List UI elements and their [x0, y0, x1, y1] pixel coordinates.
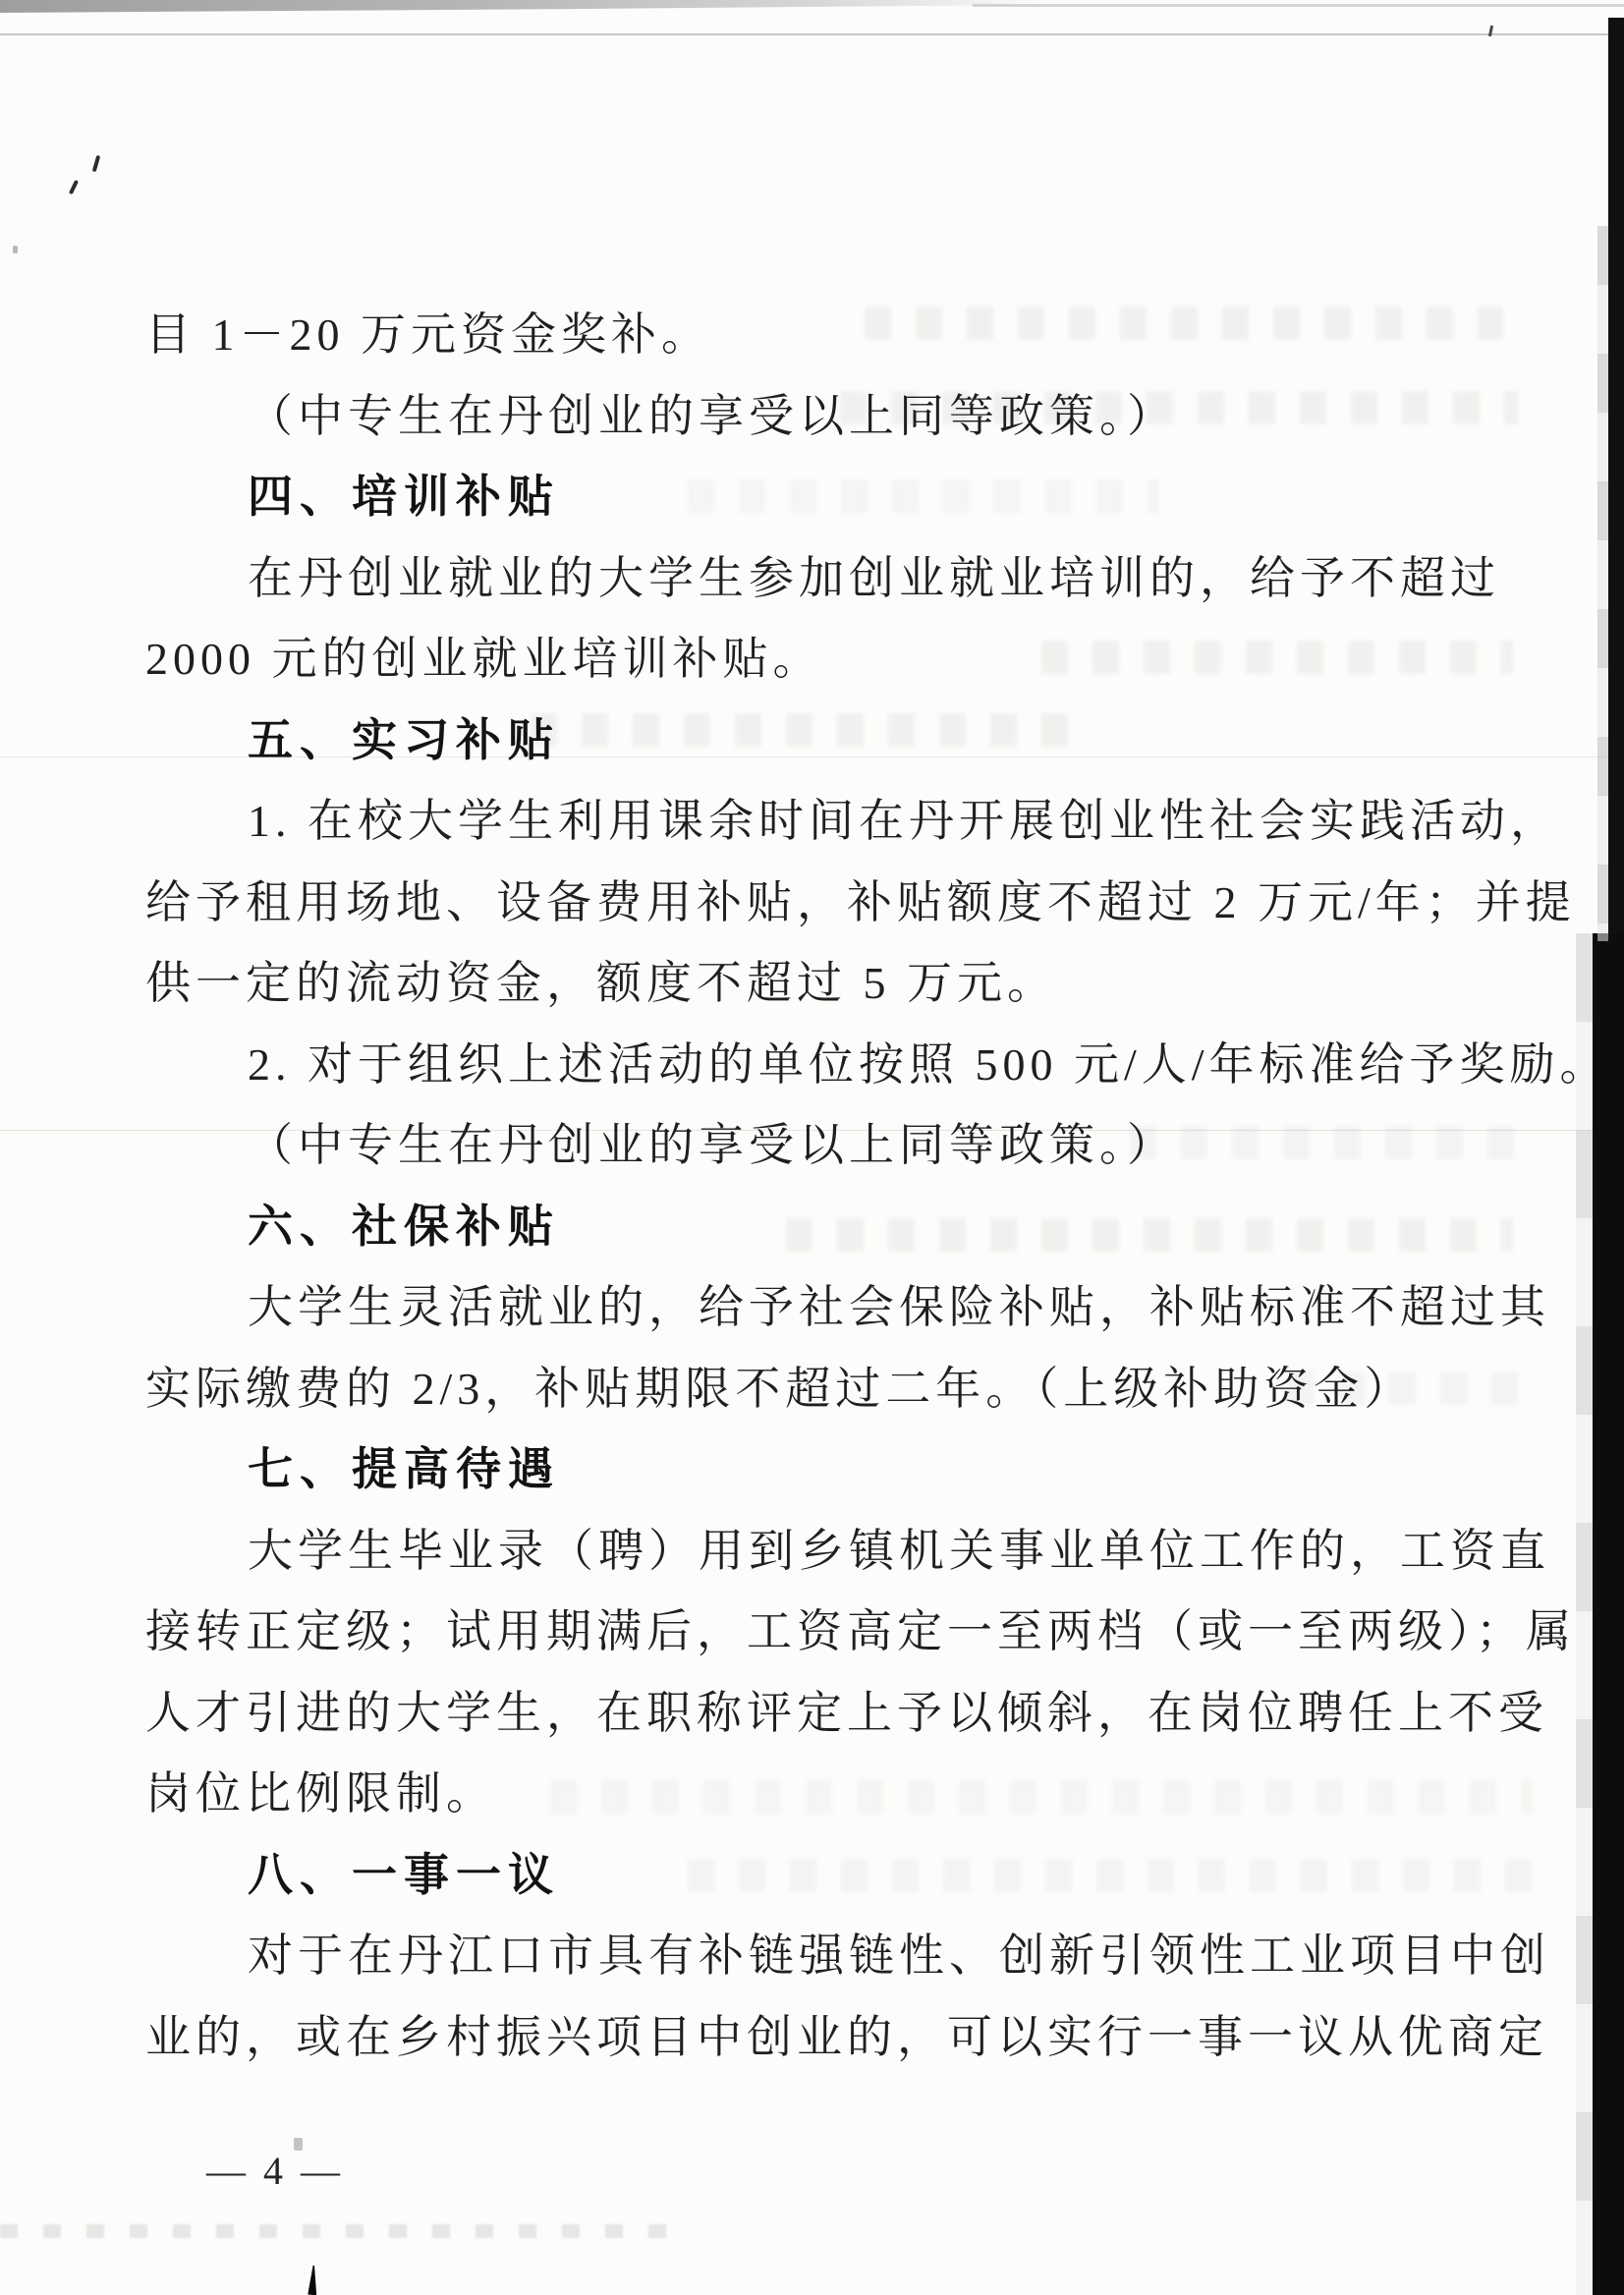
text-line: 2. 对于组织上述活动的单位按照 500 元/人/年标准给予奖励。 — [145, 1021, 1560, 1102]
section-heading: 五、实习补贴 — [145, 697, 1560, 778]
text-line: 2000 元的创业就业培训补贴。 — [145, 615, 1560, 697]
scan-horizontal-line-top — [0, 33, 1624, 35]
scan-right-edge-fringe — [1597, 226, 1608, 941]
scan-right-edge-band — [1608, 18, 1624, 941]
section-heading: 四、培训补贴 — [145, 453, 1560, 534]
scan-top-edge-line — [973, 4, 1624, 7]
section-heading: 八、一事一议 — [145, 1831, 1560, 1913]
text-line: （中专生在丹创业的享受以上同等政策。） — [145, 372, 1560, 454]
bleed-through-text — [0, 2224, 688, 2238]
text-line: 在丹创业就业的大学生参加创业就业培训的，给予不超过 — [145, 534, 1560, 616]
text-line: 人才引进的大学生，在职称评定上予以倾斜，在岗位聘任上不受 — [145, 1669, 1560, 1751]
scanned-document-page: 目 1－20 万元资金奖补。（中专生在丹创业的享受以上同等政策。）四、培训补贴在… — [0, 0, 1624, 2295]
handwritten-tick-mark — [69, 180, 79, 195]
text-line: 目 1－20 万元资金奖补。 — [145, 291, 1560, 372]
text-line: 供一定的流动资金，额度不超过 5 万元。 — [145, 939, 1560, 1021]
document-body: 目 1－20 万元资金奖补。（中专生在丹创业的享受以上同等政策。）四、培训补贴在… — [145, 291, 1560, 2074]
text-line: 大学生灵活就业的，给予社会保险补贴，补贴标准不超过其 — [145, 1263, 1560, 1345]
text-line: 对于在丹江口市具有补链强链性、创新引领性工业项目中创 — [145, 1912, 1560, 1993]
handwritten-tick-mark — [92, 155, 101, 172]
text-line: 实际缴费的 2/3，补贴期限不超过二年。（上级补助资金） — [145, 1345, 1560, 1427]
scan-right-edge-fringe — [1576, 933, 1593, 2295]
text-line: 岗位比例限制。 — [145, 1750, 1560, 1831]
scan-speck — [13, 246, 18, 253]
text-line: 接转正定级；试用期满后，工资高定一至两档（或一至两级）；属 — [145, 1588, 1560, 1669]
text-line: 给予租用场地、设备费用补贴，补贴额度不超过 2 万元/年；并提 — [145, 859, 1560, 940]
text-line: （中专生在丹创业的享受以上同等政策。） — [145, 1101, 1560, 1183]
text-line: 1. 在校大学生利用课余时间在丹开展创业性社会实践活动， — [145, 777, 1560, 859]
page-number: — 4 — — [206, 2148, 344, 2194]
section-heading: 七、提高待遇 — [145, 1426, 1560, 1507]
scan-top-edge-shadow — [0, 0, 1041, 13]
text-line: 业的，或在乡村振兴项目中创业的，可以实行一事一议从优商定 — [145, 1993, 1560, 2075]
text-line: 大学生毕业录（聘）用到乡镇机关事业单位工作的，工资直 — [145, 1507, 1560, 1589]
section-heading: 六、社保补贴 — [145, 1183, 1560, 1264]
ink-blot — [308, 2266, 318, 2295]
scan-right-edge-band — [1593, 933, 1624, 2295]
